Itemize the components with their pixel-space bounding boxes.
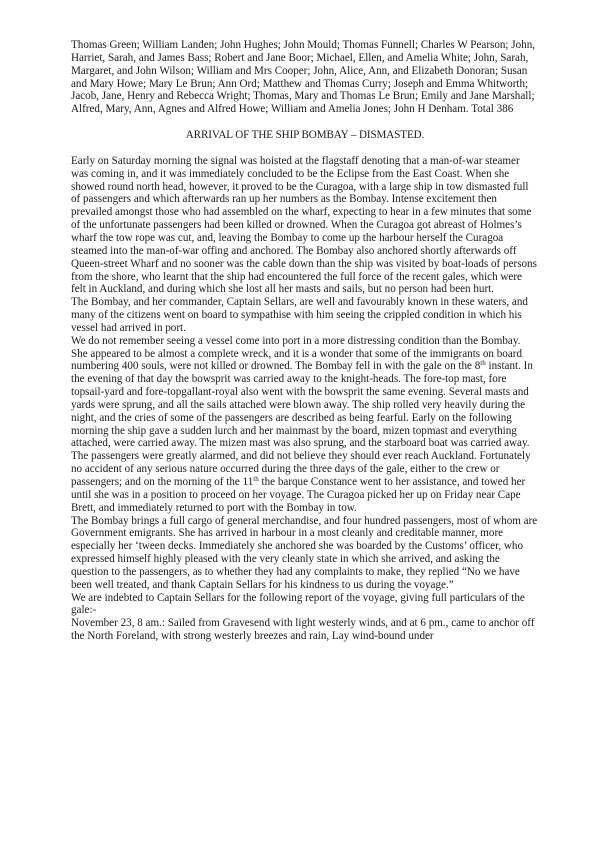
paragraph-damage: We do not remember seeing a vessel come … [71,335,539,515]
paragraph-captain: The Bombay, and her commander, Captain S… [71,296,539,335]
text-segment: We do not remember seeing a vessel come … [71,335,522,373]
paragraph-report-intro: We are indebted to Captain Sellars for t… [71,592,539,618]
paragraph-arrival: Early on Saturday morning the signal was… [71,155,539,296]
text-segment: instant. In the evening of that day the … [71,360,533,488]
paragraph-log-entry: November 23, 8 am.: Sailed from Gravesen… [71,617,539,643]
article-heading: ARRIVAL OF THE SHIP BOMBAY – DISMASTED. [71,129,539,142]
paragraph-cargo: The Bombay brings a full cargo of genera… [71,515,539,592]
document-page: Thomas Green; William Landen; John Hughe… [71,39,539,643]
passenger-list: Thomas Green; William Landen; John Hughe… [71,39,539,116]
